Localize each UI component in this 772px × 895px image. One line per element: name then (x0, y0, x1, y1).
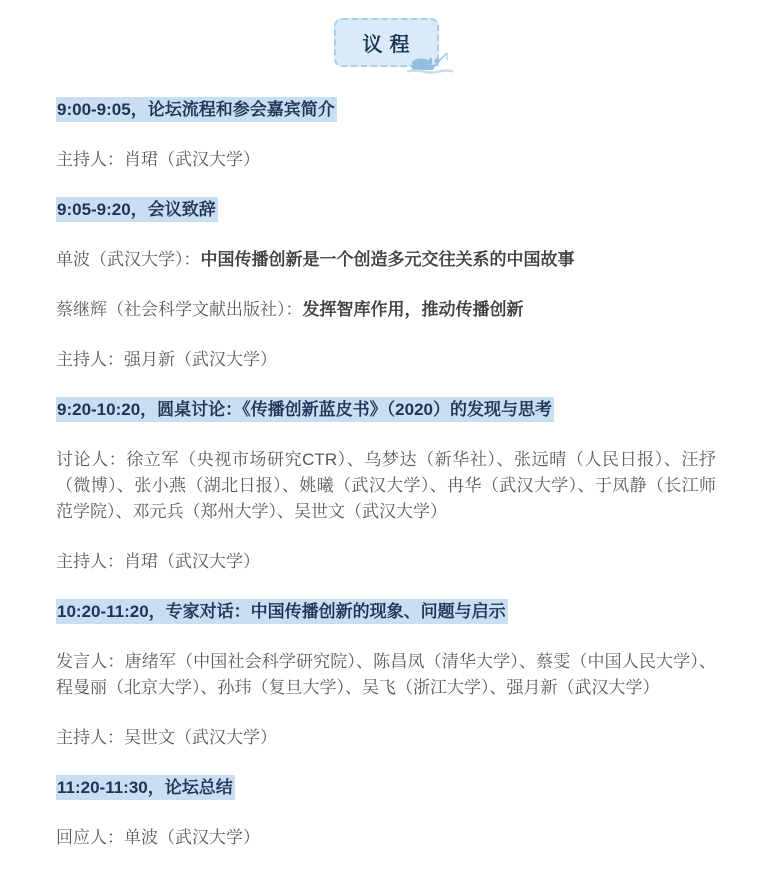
highlighted-header-text: 11:20-11:30，论坛总结 (56, 775, 235, 800)
speaker-name: 蔡继辉（社会科学文献出版社）： (56, 300, 303, 319)
agenda-line: 主持人：吴世文（武汉大学） (56, 725, 716, 751)
speech-title: 中国传播创新是一个创造多元交往关系的中国故事 (201, 250, 575, 269)
agenda-time-header: 10:20-11:20，专家对话：中国传播创新的现象、问题与启示 (56, 599, 716, 625)
highlighted-header-text: 10:20-11:20，专家对话：中国传播创新的现象、问题与启示 (56, 599, 508, 624)
highlighted-header-text: 9:00-9:05，论坛流程和参会嘉宾简介 (56, 97, 337, 122)
agenda-time-header: 9:20-10:20，圆桌讨论：《传播创新蓝皮书》（2020）的发现与思考 (56, 397, 716, 423)
agenda-line: 主持人：肖珺（武汉大学） (56, 147, 716, 173)
boat-fisherman-icon (407, 52, 453, 74)
highlighted-header-text: 9:05-9:20，会议致辞 (56, 197, 218, 222)
badge-container: 议程 (0, 0, 772, 67)
agenda-line: 单波（武汉大学）：中国传播创新是一个创造多元交往关系的中国故事 (56, 247, 716, 273)
agenda-line: 主持人：肖珺（武汉大学） (56, 549, 716, 575)
agenda-badge: 议程 (334, 18, 439, 67)
agenda-line: 蔡继辉（社会科学文献出版社）：发挥智库作用，推动传播创新 (56, 297, 716, 323)
agenda-line: 回应人：单波（武汉大学） (56, 825, 716, 851)
agenda-page: 议程 9:00-9:05，论坛流程和参会嘉宾简介主持人：肖珺（武汉大学）9:05… (0, 0, 772, 895)
agenda-content: 9:00-9:05，论坛流程和参会嘉宾简介主持人：肖珺（武汉大学）9:05-9:… (0, 67, 772, 895)
agenda-line: 讨论人：徐立军（央视市场研究CTR）、乌梦达（新华社）、张远晴（人民日报）、汪抒… (56, 447, 716, 525)
speech-title: 发挥智库作用，推动传播创新 (303, 300, 524, 319)
highlighted-header-text: 9:20-10:20，圆桌讨论：《传播创新蓝皮书》（2020）的发现与思考 (56, 397, 554, 422)
speaker-name: 单波（武汉大学）： (56, 250, 201, 269)
agenda-line: 主持人：强月新（武汉大学） (56, 347, 716, 373)
agenda-time-header: 9:05-9:20，会议致辞 (56, 197, 716, 223)
agenda-time-header: 9:00-9:05，论坛流程和参会嘉宾简介 (56, 97, 716, 123)
agenda-time-header: 11:20-11:30，论坛总结 (56, 775, 716, 801)
agenda-line: 发言人：唐绪军（中国社会科学研究院）、陈昌凤（清华大学）、蔡雯（中国人民大学）、… (56, 649, 716, 701)
